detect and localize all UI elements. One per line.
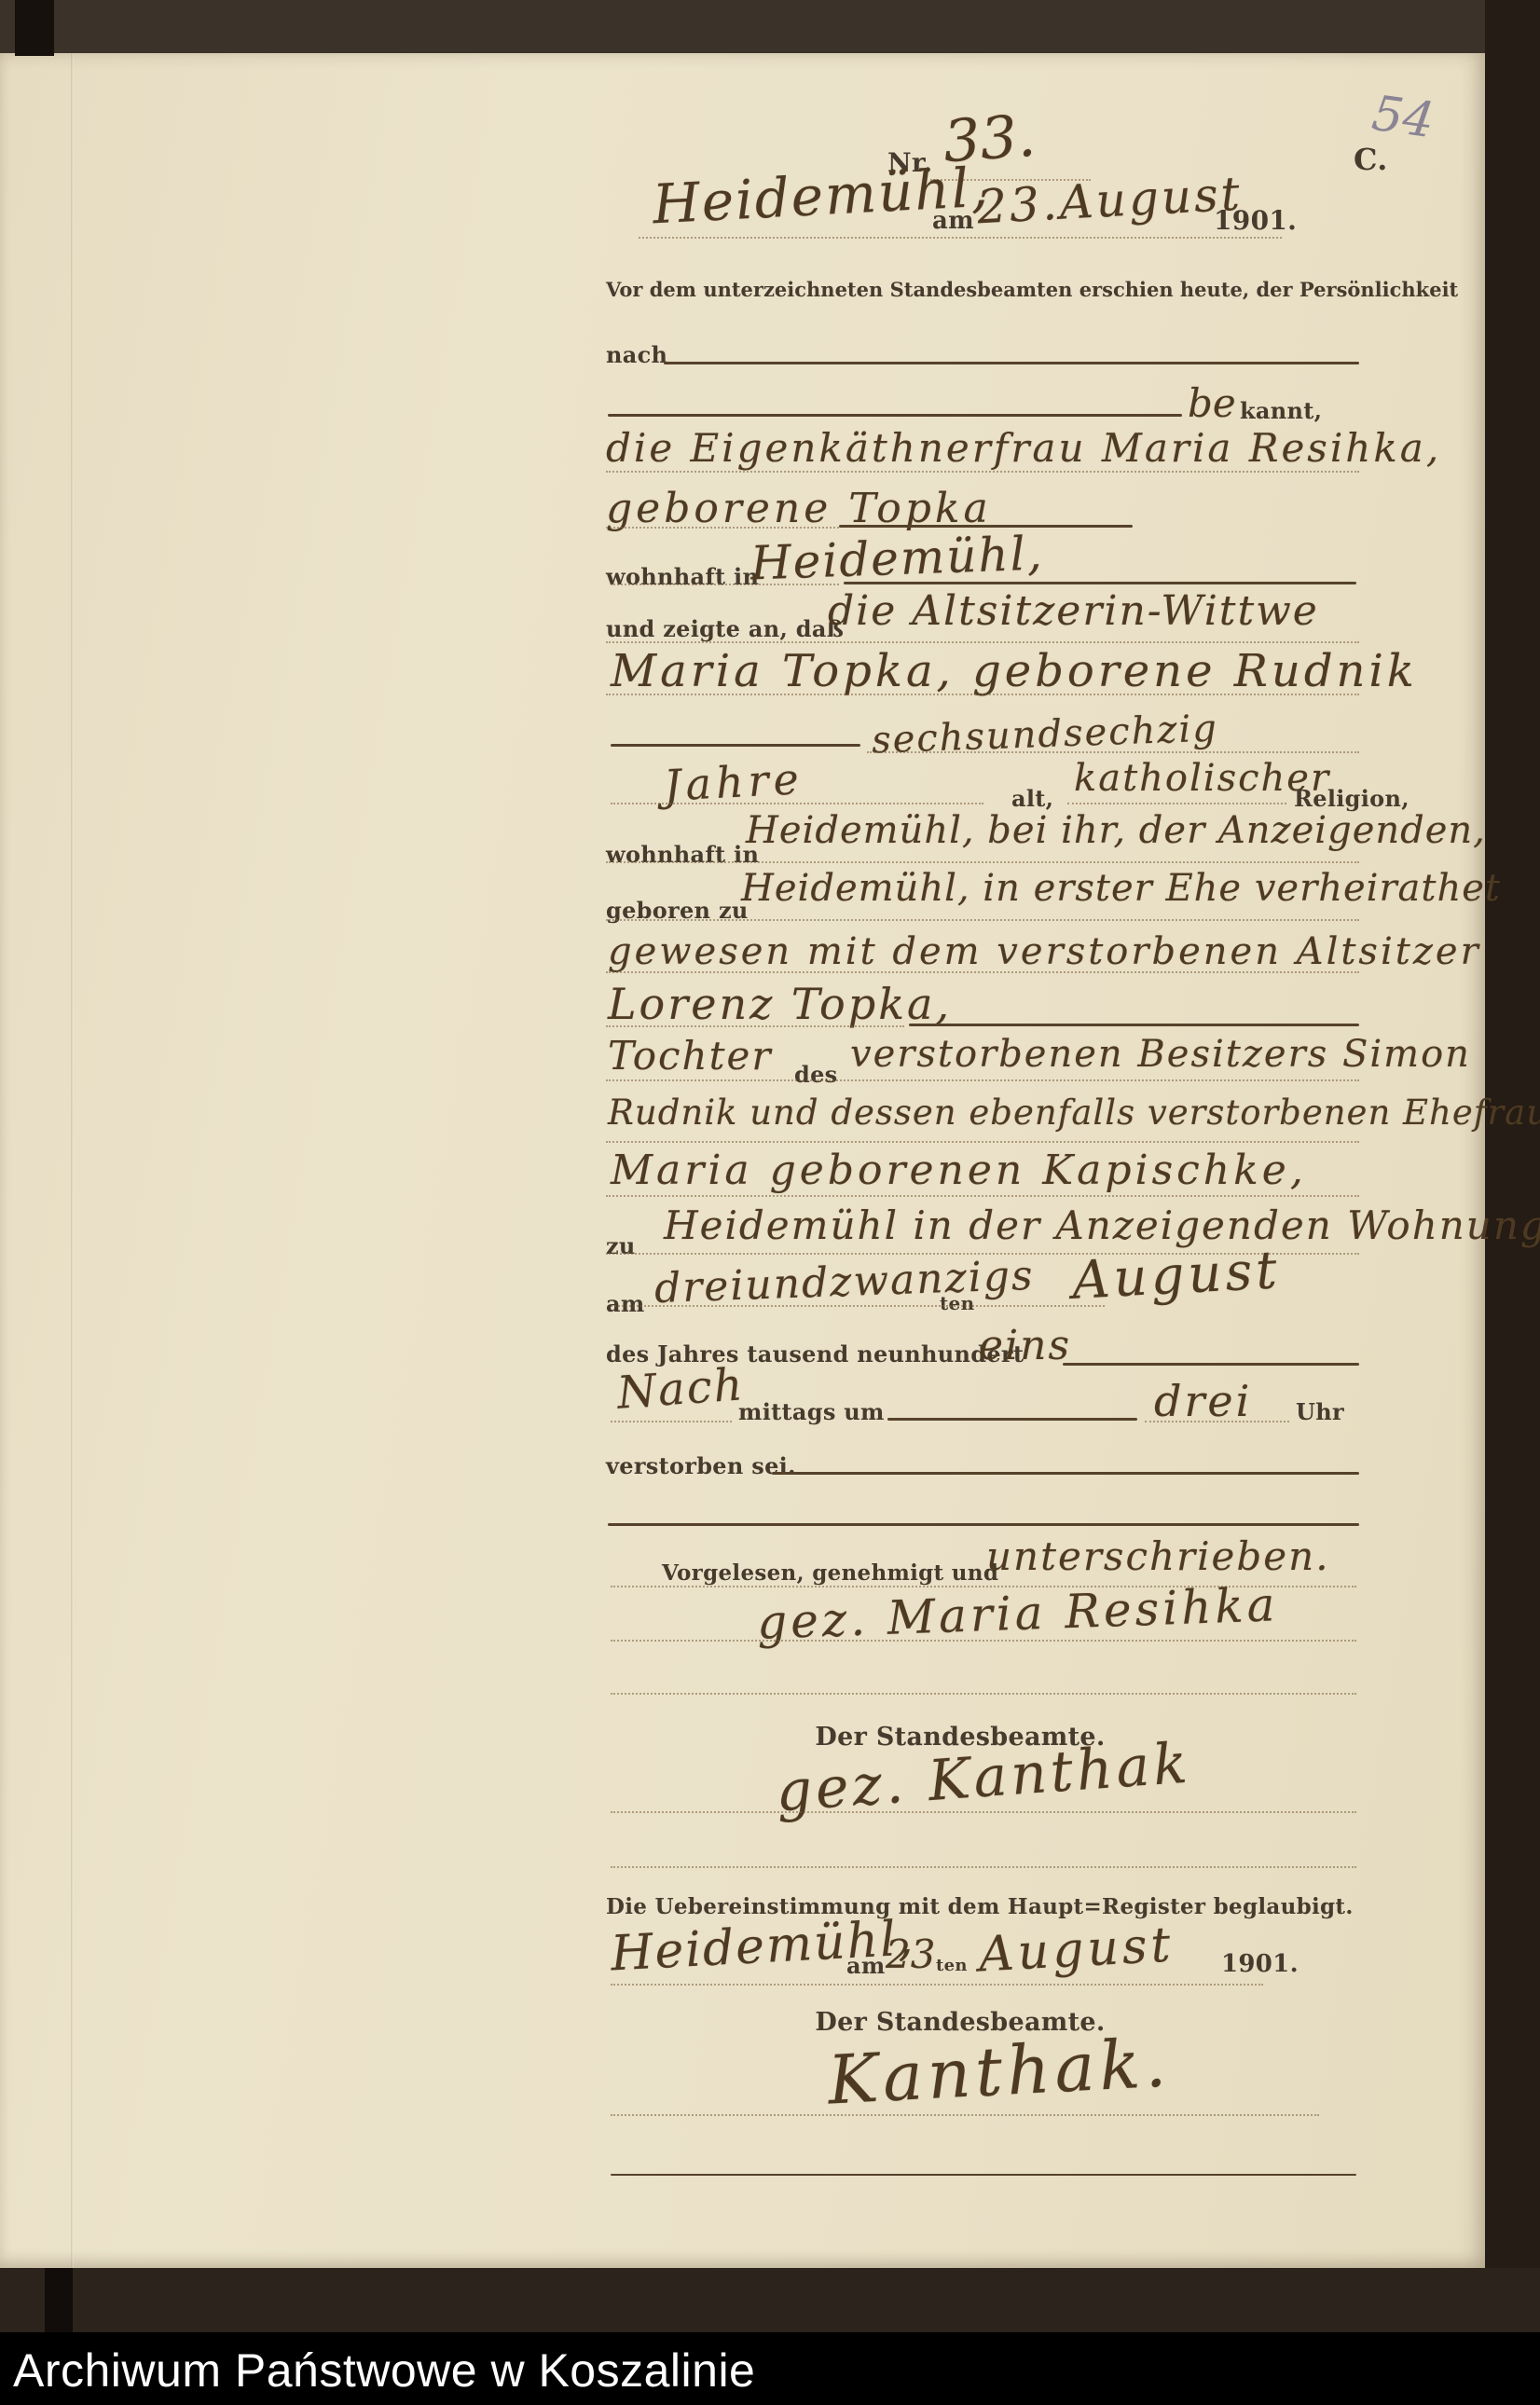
deceased-residence-handwritten: Heidemühl, bei ihr, der Anzeigenden, <box>746 809 1486 852</box>
rule <box>611 584 839 585</box>
blank-line <box>887 1418 1137 1421</box>
am-label: am <box>932 207 974 235</box>
nach-label: nach <box>606 341 667 368</box>
tochter-handwritten: Tochter <box>608 1033 772 1079</box>
blank-line <box>608 414 1182 417</box>
rule <box>611 803 983 804</box>
husband-name-handwritten: Lorenz Topka, <box>608 979 952 1029</box>
ten-label: ten <box>940 1292 974 1314</box>
certification-month-handwritten: August <box>978 1917 1176 1984</box>
blank-line <box>844 582 1356 584</box>
des-label: des <box>794 1061 837 1088</box>
religion-handwritten: katholischer <box>1074 757 1330 800</box>
rule <box>606 1079 1359 1081</box>
rule <box>606 1025 904 1027</box>
archive-watermark-text: Archiwum Państwowe w Koszalinie <box>13 2343 755 2398</box>
nach-handwritten: Nach <box>615 1358 746 1419</box>
hour-handwritten: drei <box>1154 1376 1252 1426</box>
certification-statement: Die Uebereinstimmung mit dem Haupt=Regis… <box>606 1894 1314 1919</box>
death-month-handwritten: August <box>1070 1240 1282 1312</box>
rule <box>1145 1421 1289 1422</box>
am-label: am <box>606 1290 645 1317</box>
certification-day-handwritten: 23 <box>886 1931 935 1977</box>
rule <box>606 527 839 529</box>
rule <box>611 1640 1356 1642</box>
photo-background-top <box>0 0 1540 53</box>
blank-line <box>839 525 1133 528</box>
verstorben-label: verstorben sei. <box>606 1452 796 1479</box>
rule <box>611 2114 1319 2116</box>
rule <box>606 694 1359 695</box>
rule <box>606 1141 1359 1143</box>
blank-line <box>909 1024 1359 1026</box>
religion-label: Religion, <box>1294 785 1409 812</box>
be-handwritten: be <box>1188 380 1236 426</box>
rule <box>606 971 1359 973</box>
form-intro-line: Vor dem unterzeichneten Standesbeamten e… <box>606 278 1458 301</box>
book-spine-bottom <box>45 2268 73 2333</box>
deceased-description-handwritten: die Altsitzerin-Wittwe <box>828 587 1319 635</box>
deceased-name-handwritten: Maria Topka, geborene Rudnik <box>611 645 1418 697</box>
wohnhaft-in-label: wohnhaft in <box>606 563 759 590</box>
kannt-label: kannt, <box>1240 397 1322 424</box>
rule <box>606 919 1359 921</box>
blank-line <box>611 744 860 747</box>
rule <box>1067 803 1286 804</box>
marriage-line-handwritten: gewesen mit dem verstorbenen Altsitzer <box>608 930 1481 973</box>
blank-line <box>664 362 1359 364</box>
section-divider-line <box>608 1523 1359 1526</box>
rule <box>611 1421 732 1422</box>
zu-label: zu <box>606 1232 636 1259</box>
mother-name-handwritten: Maria geborenen Kapischke, <box>611 1147 1307 1194</box>
birthplace-handwritten: Heidemühl, in erster Ehe verheirathet <box>741 867 1501 910</box>
certification-year: 1901. <box>1221 1950 1299 1978</box>
paper-fold-crease <box>71 53 74 2268</box>
alt-label: alt, <box>1011 785 1053 812</box>
rule <box>611 1866 1356 1868</box>
vorgelesen-label: Vorgelesen, genehmigt und <box>662 1560 998 1586</box>
death-year-handwritten: eins <box>979 1322 1071 1369</box>
rule <box>606 471 1359 473</box>
standesbeamte-heading-2: Der Standesbeamte. <box>606 2008 1314 2037</box>
archive-watermark-bar: Archiwum Państwowe w Koszalinie <box>0 2332 1540 2405</box>
record-year: 1901. <box>1214 205 1297 236</box>
declarant-name-handwritten: die Eigenkäthnerfrau Maria Resihka, <box>606 425 1441 471</box>
rule <box>867 751 1359 753</box>
blank-line <box>1063 1363 1359 1366</box>
mittags-um-label: mittags um <box>738 1398 885 1425</box>
blank-line <box>772 1472 1359 1475</box>
certification-am-label: am <box>846 1952 886 1979</box>
father-surname-line-handwritten: Rudnik und dessen ebenfalls verstorbenen… <box>608 1093 1540 1133</box>
wohnhaft-in2-label: wohnhaft in <box>606 841 759 868</box>
rule <box>606 641 1359 643</box>
section-letter: C. <box>1354 142 1388 177</box>
rule <box>611 1305 1105 1307</box>
rule <box>606 1195 1359 1197</box>
rule <box>611 1693 1356 1695</box>
book-spine-top <box>15 0 54 56</box>
rule <box>639 237 1282 239</box>
father-name-handwritten: verstorbenen Besitzers Simon <box>850 1033 1471 1076</box>
pencil-page-number: 54 <box>1368 86 1437 150</box>
zeigte-an-label: und zeigte an, daß <box>606 615 844 642</box>
unterschrieben-handwritten: unterschrieben. <box>986 1533 1330 1579</box>
certification-ten-label: ten <box>936 1956 968 1975</box>
rule <box>606 861 1359 863</box>
bottom-line <box>611 2174 1356 2176</box>
uhr-label: Uhr <box>1296 1398 1344 1425</box>
rule <box>611 1984 1263 1986</box>
rule <box>611 1811 1356 1813</box>
archival-death-record-scan: 54 C. Nr. 33. Heidemühl, am 23.August 19… <box>0 0 1540 2405</box>
death-place-handwritten: Heidemühl in der Anzeigenden Wohnung <box>664 1202 1540 1248</box>
photo-background-bottom <box>0 2268 1540 2333</box>
